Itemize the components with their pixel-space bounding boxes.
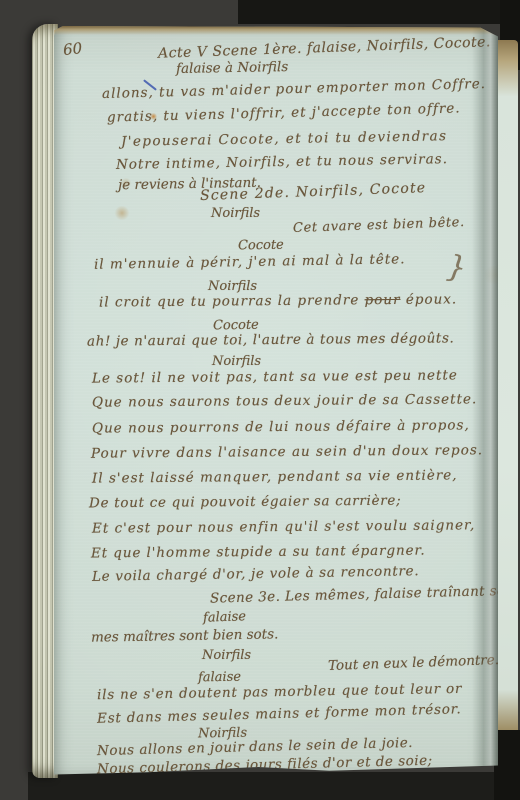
page-number: 60 (62, 39, 83, 59)
manuscript-line: il croit que tu pourras la prendre pour … (99, 291, 457, 310)
speaker-name: Cocote (238, 238, 284, 254)
manuscript-line: Est dans mes seules mains et forme mon t… (97, 701, 462, 727)
foxing-stain (114, 206, 130, 220)
manuscript-line: Il s'est laissé manquer, pendant sa vie … (92, 467, 458, 486)
manuscript-line: ah! je n'aurai que toi, l'autre à tous m… (87, 330, 454, 349)
backdrop-shadow-top (238, 0, 520, 24)
line-pre: il croit que tu pourras la prendre (99, 292, 365, 310)
adjacent-page-edge (497, 40, 518, 746)
manuscript-line: ils ne s'en doutent pas morbleu que tout… (97, 681, 463, 703)
manuscript-line: Notre intime, Noirfils, et tu nous servi… (116, 151, 448, 173)
manuscript-line: Et que l'homme stupide a su tant épargne… (91, 543, 426, 562)
speaker-name: Cocote (213, 318, 259, 334)
scene-heading: Acte V Scene 1ère. falaise, Noirfils, Co… (158, 34, 491, 62)
manuscript-line: Que nous saurons tous deux jouir de sa C… (92, 391, 477, 410)
line-post: époux. (400, 291, 457, 307)
stage-direction: falaise à Noirfils (176, 59, 289, 77)
speaker-name: falaise (203, 609, 246, 625)
speaker-name: falaise (198, 670, 241, 686)
brace-flourish: } (445, 249, 469, 286)
photo-background: 60 Acte V Scene 1ère. falaise, Noirfils,… (0, 0, 520, 800)
manuscript-page: 60 Acte V Scene 1ère. falaise, Noirfils,… (54, 26, 498, 776)
manuscript-line: allons, tu vas m'aider pour emporter mon… (102, 76, 486, 102)
manuscript-line: Que nous pourrons de lui nous défaire à … (92, 417, 470, 436)
speaker-name: Noirfils (211, 206, 260, 221)
backdrop-shadow-bottom (28, 772, 520, 800)
stage-direction: Tout en eux le démontre. (328, 652, 500, 674)
manuscript-line: J'epouserai Cocote, et toi tu deviendras (121, 128, 448, 150)
manuscript-line: Le sot! il ne voit pas, tant sa vue est … (92, 367, 458, 386)
manuscript-line: Et c'est pour nous enfin qu'il s'est vou… (92, 517, 475, 536)
speaker-name: Noirfils (212, 354, 261, 369)
scene-heading: Scene 3e. Les mêmes, falaise traînant so… (210, 581, 520, 606)
manuscript-line: mes maîtres sont bien sots. (91, 626, 279, 645)
speaker-name: Noirfils (208, 279, 257, 294)
struck-word: pour (365, 292, 401, 308)
manuscript-line: gratis, tu viens l'offrir, et j'accepte … (107, 100, 461, 125)
manuscript-line: Le voila chargé d'or, je vole à sa renco… (92, 563, 420, 585)
manuscript-line: De tout ce qui pouvoit égaier sa carrièr… (89, 493, 401, 512)
speaker-name: Noirfils (202, 648, 251, 663)
manuscript-line: Pour vivre dans l'aisance au sein d'un d… (91, 442, 483, 461)
manuscript-line: Cet avare est bien bête. (293, 215, 465, 236)
manuscript-line: il m'ennuie à périr, j'en ai mal à la tê… (94, 251, 406, 272)
